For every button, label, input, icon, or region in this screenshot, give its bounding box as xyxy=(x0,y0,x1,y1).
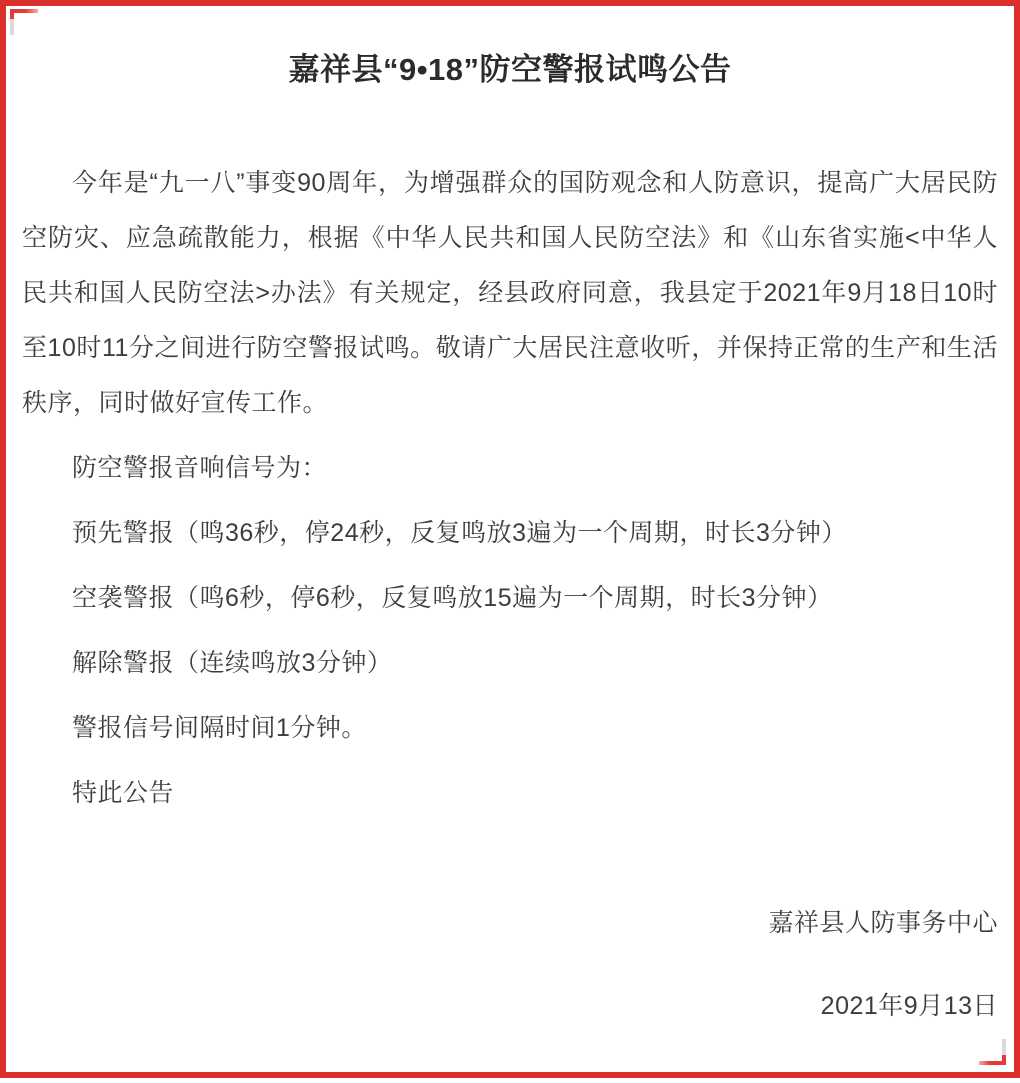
issue-date: 2021年9月13日 xyxy=(22,979,998,1034)
document-content: 嘉祥县“9•18”防空警报试鸣公告 今年是“九一八”事变90周年，为增强群众的国… xyxy=(12,12,1008,1066)
issuing-authority: 嘉祥县人防事务中心 xyxy=(22,896,998,951)
crop-mark-top-left-horizontal-icon xyxy=(10,9,38,13)
announcement-title: 嘉祥县“9•18”防空警报试鸣公告 xyxy=(22,48,998,92)
paragraph-interval: 警报信号间隔时间1分钟。 xyxy=(22,701,998,756)
paragraph-all-clear-alarm: 解除警报（连续鸣放3分钟） xyxy=(22,636,998,691)
paragraph-pre-alarm: 预先警报（鸣36秒，停24秒，反复鸣放3遍为一个周期，时长3分钟） xyxy=(22,506,998,561)
crop-mark-bottom-right-vertical-icon xyxy=(1002,1039,1006,1065)
announcement-page: 嘉祥县“9•18”防空警报试鸣公告 今年是“九一八”事变90周年，为增强群众的国… xyxy=(0,0,1020,1083)
announcement-body: 今年是“九一八”事变90周年，为增强群众的国防观念和人防意识，提高广大居民防空防… xyxy=(22,156,998,821)
paragraph-intro: 今年是“九一八”事变90周年，为增强群众的国防观念和人防意识，提高广大居民防空防… xyxy=(22,156,998,431)
paragraph-closing: 特此公告 xyxy=(22,766,998,821)
paragraph-air-raid-alarm: 空袭警报（鸣6秒，停6秒，反复鸣放15遍为一个周期，时长3分钟） xyxy=(22,571,998,626)
document-frame: 嘉祥县“9•18”防空警报试鸣公告 今年是“九一八”事变90周年，为增强群众的国… xyxy=(0,0,1020,1078)
paragraph-signal-intro: 防空警报音响信号为： xyxy=(22,441,998,496)
crop-mark-top-left-vertical-icon xyxy=(10,9,14,35)
